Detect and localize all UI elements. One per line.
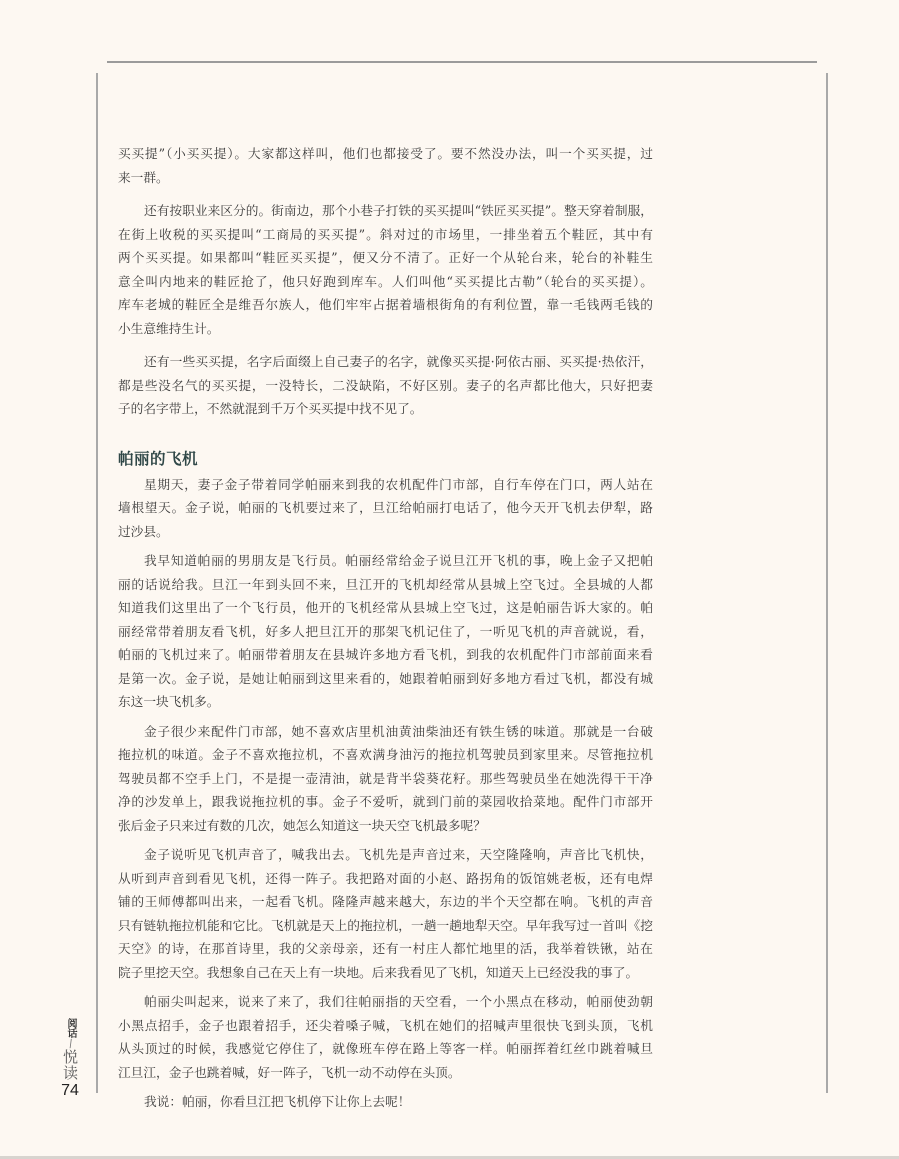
- text-line: 驾驶员都不空手上门，不是提一壶清油，就是背半袋葵花籽。那些驾驶员坐在她洗得干干净: [118, 767, 653, 791]
- text-line: 江旦江，金子也跳着喊，好一阵子，飞机一动不动停在头顶。: [118, 1061, 653, 1085]
- text-line: 都是些没名气的买买提，一没特长，二没缺陷，不好区别。妻子的名声都比他大，只好把妻: [118, 374, 653, 398]
- paragraph: 买买提”（小买买提）。大家都这样叫，他们也都接受了。要不然没办法，叫一个买买提，…: [118, 142, 653, 189]
- paragraph: 我早知道帕丽的男朋友是飞行员。帕丽经常给金子说旦江开飞机的事，晚上金子又把帕 丽…: [118, 549, 653, 714]
- text-line: 库车老城的鞋匠全是维吾尔族人，他们牢牢占据着墙根街角的有利位置，靠一毛钱两毛钱的: [118, 293, 653, 317]
- text-line: 在街上收税的买买提叫“工商局的买买提”。斜对过的市场里，一排坐着五个鞋匠，其中有: [118, 223, 653, 247]
- paragraph: 我说：帕丽，你看旦江把飞机停下让你上去呢！: [118, 1090, 653, 1114]
- page-number: 74: [55, 1082, 85, 1100]
- text-line: 只有链轨拖拉机能和它比。飞机就是天上的拖拉机，一趟一趟地犁天空。早年我写过一首叫…: [118, 914, 653, 938]
- text-line: 过沙县。: [118, 520, 653, 544]
- article-body: 买买提”（小买买提）。大家都这样叫，他们也都接受了。要不然没办法，叫一个买买提，…: [118, 142, 653, 1120]
- paragraph: 星期天，妻子金子带着同学帕丽来到我的农机配件门市部，自行车停在门口，两人站在 墙…: [118, 473, 653, 544]
- column-label: 阅话 / 悦读: [58, 1018, 82, 1081]
- text-line: 金子说听见飞机声音了，喊我出去。飞机先是声音过来，天空隆隆响，声音比飞机快，: [118, 843, 653, 867]
- column-label-big: 悦读: [62, 1049, 78, 1081]
- text-line: 铺的王师傅都叫出来，一起看飞机。隆隆声越来越大，东边的半个天空都在响。飞机的声音: [118, 890, 653, 914]
- text-line: 来一群。: [118, 166, 653, 190]
- paragraph: 帕丽尖叫起来，说来了来了，我们往帕丽指的天空看，一个小黑点在移动，帕丽使劲朝 小…: [118, 990, 653, 1084]
- text-line: 张后金子只来过有数的几次，她怎么知道这一块天空飞机最多呢？: [118, 814, 653, 838]
- text-line: 从头顶过的时候，我感觉它停住了，就像班车停在路上等客一样。帕丽挥着红丝巾跳着喊旦: [118, 1037, 653, 1061]
- text-line: 院子里挖天空。我想象自己在天上有一块地。后来我看见了飞机，知道天上已经没我的事了…: [118, 961, 653, 985]
- left-margin-rule: [96, 73, 98, 1093]
- text-line: 帕丽的飞机过来了。帕丽带着朋友在县城许多地方看飞机，到我的农机配件门市部前面来看: [118, 643, 653, 667]
- text-line: 金子很少来配件门市部，她不喜欢店里机油黄油柴油还有铁生锈的味道。那就是一台破: [118, 720, 653, 744]
- text-line: 东这一块飞机多。: [118, 690, 653, 714]
- text-line: 我说：帕丽，你看旦江把飞机停下让你上去呢！: [118, 1090, 653, 1114]
- column-label-small: 阅话: [64, 1018, 76, 1038]
- text-line: 天空》的诗，在那首诗里，我的父亲母亲，还有一村庄人都忙地里的活，我举着铁锹，站在: [118, 937, 653, 961]
- text-line: 星期天，妻子金子带着同学帕丽来到我的农机配件门市部，自行车停在门口，两人站在: [118, 473, 653, 497]
- right-margin-rule: [826, 73, 828, 1093]
- text-line: 两个买买提。如果都叫“鞋匠买买提”，便又分不清了。正好一个从轮台来，轮台的补鞋生: [118, 246, 653, 270]
- paragraph: 金子说听见飞机声音了，喊我出去。飞机先是声音过来，天空隆隆响，声音比飞机快， 从…: [118, 843, 653, 984]
- text-line: 还有一些买买提，名字后面缀上自己妻子的名字，就像买买提·阿依古丽、买买提·热依汗…: [118, 350, 653, 374]
- text-line: 是第一次。金子说，是她让帕丽到这里来看的，她跟着帕丽到好多地方看过飞机，都没有城: [118, 667, 653, 691]
- paragraph: 还有按职业来区分的。街南边，那个小巷子打铁的买买提叫“铁匠买买提”。整天穿着制服…: [118, 199, 653, 340]
- text-line: 丽经常带着朋友看飞机，好多人把旦江开的那架飞机记住了，一听见飞机的声音就说，看，: [118, 620, 653, 644]
- text-line: 意全叫内地来的鞋匠抢了，他只好跑到库车。人们叫他“买买提比古勒”（轮台的买买提）…: [118, 270, 653, 294]
- text-line: 从听到声音到看见飞机，还得一阵子。我把路对面的小赵、路拐角的饭馆姚老板，还有电焊: [118, 867, 653, 891]
- paragraph: 还有一些买买提，名字后面缀上自己妻子的名字，就像买买提·阿依古丽、买买提·热依汗…: [118, 350, 653, 421]
- text-line: 帕丽尖叫起来，说来了来了，我们往帕丽指的天空看，一个小黑点在移动，帕丽使劲朝: [118, 990, 653, 1014]
- text-line: 知道我们这里出了一个飞行员，他开的飞机经常从县城上空飞过，这是帕丽告诉大家的。帕: [118, 596, 653, 620]
- section-heading: 帕丽的飞机: [118, 445, 653, 473]
- text-line: 小生意维持生计。: [118, 317, 653, 341]
- text-line: 拖拉机的味道。金子不喜欢拖拉机，不喜欢满身油污的拖拉机驾驶员到家里来。尽管拖拉机: [118, 743, 653, 767]
- text-line: 买买提”（小买买提）。大家都这样叫，他们也都接受了。要不然没办法，叫一个买买提，…: [118, 142, 653, 166]
- top-rule: [107, 61, 817, 63]
- text-line: 墙根望天。金子说，帕丽的飞机要过来了，旦江给帕丽打电话了，他今天开飞机去伊犁，路: [118, 496, 653, 520]
- column-label-slash: /: [68, 1039, 73, 1049]
- paragraph: 金子很少来配件门市部，她不喜欢店里机油黄油柴油还有铁生锈的味道。那就是一台破 拖…: [118, 720, 653, 838]
- text-line: 子的名字带上，不然就混到千万个买买提中找不见了。: [118, 397, 653, 421]
- text-line: 我早知道帕丽的男朋友是飞行员。帕丽经常给金子说旦江开飞机的事，晚上金子又把帕: [118, 549, 653, 573]
- text-line: 小黑点招手，金子也跟着招手，还尖着嗓子喊，飞机在她们的招喊声里很快飞到头顶，飞机: [118, 1014, 653, 1038]
- text-line: 丽的话说给我。旦江一年到头回不来，旦江开的飞机却经常从县城上空飞过。全县城的人都: [118, 573, 653, 597]
- text-line: 还有按职业来区分的。街南边，那个小巷子打铁的买买提叫“铁匠买买提”。整天穿着制服…: [118, 199, 653, 223]
- text-line: 净的沙发单上，跟我说拖拉机的事。金子不爱听，就到门前的菜园收拾菜地。配件门市部开: [118, 790, 653, 814]
